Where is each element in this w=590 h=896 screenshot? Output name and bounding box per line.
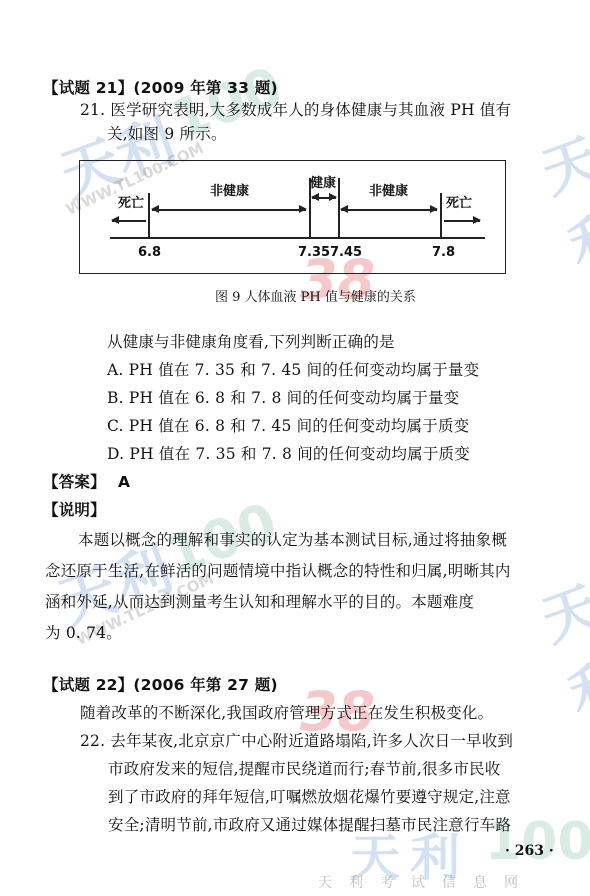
arrow-death-left bbox=[112, 220, 146, 222]
label-death-left: 死亡 bbox=[118, 192, 144, 211]
q22-intro: 随着改革的不断深化,我国政府管理方式正在发生积极变化。 bbox=[80, 703, 493, 723]
q21-option-a: A. PH 值在 7. 35 和 7. 45 间的任何变动均属于量变 bbox=[107, 360, 479, 380]
q22-header: 【试题 22】(2006 年第 27 题) bbox=[43, 675, 278, 695]
q21-option-d: D. PH 值在 7. 35 和 7. 8 间的任何变动均属于质变 bbox=[107, 444, 470, 464]
q21-option-c: C. PH 值在 6. 8 和 7. 45 间的任何变动均属于质变 bbox=[107, 416, 469, 436]
ph-axis bbox=[110, 237, 485, 239]
tick-label-7-35: 7.35 bbox=[298, 245, 330, 260]
q21-option-b: B. PH 值在 6. 8 和 7. 8 间的任何变动均属于量变 bbox=[107, 388, 459, 408]
label-death-right: 死亡 bbox=[446, 192, 472, 211]
watermark-brand-right-mid: 天利 bbox=[529, 563, 590, 733]
label-unhealthy-left: 非健康 bbox=[210, 180, 249, 199]
label-unhealthy-right: 非健康 bbox=[369, 180, 408, 199]
label-healthy: 健康 bbox=[310, 172, 336, 191]
tick-6-8 bbox=[148, 193, 150, 238]
q21-header: 【试题 21】(2009 年第 33 题) bbox=[43, 78, 278, 98]
arrow-unhealthy-right bbox=[341, 209, 437, 211]
explain-line-4: 为 0. 74。 bbox=[45, 623, 122, 643]
tick-7-8 bbox=[440, 193, 442, 238]
q21-stem-line1: 21. 医学研究表明,大多数成年人的身体健康与其血液 PH 值有 bbox=[80, 100, 511, 120]
q21-stem-line2: 关,如图 9 所示。 bbox=[107, 124, 227, 144]
watermark-brand-right-top: 天利 bbox=[529, 115, 590, 285]
arrow-unhealthy-left bbox=[152, 209, 306, 211]
answer-value: A bbox=[118, 472, 130, 492]
explain-line-1: 本题以概念的理解和事实的认定为基本测试目标,通过将抽象概 bbox=[78, 530, 507, 550]
explain-line-3: 涵和外延,从而达到测量考生认知和理解水平的目的。本题难度 bbox=[45, 592, 474, 612]
q22-stem-line-2: 市政府发来的短信,提醒市民绕道而行;春节前,很多市民收 bbox=[108, 759, 500, 779]
q22-stem-line-1: 22. 去年某夜,北京京广中心附近道路塌陷,许多人次日一早收到 bbox=[80, 731, 513, 751]
page-number: · 263 · bbox=[505, 843, 554, 859]
answer-label: 【答案】 bbox=[43, 472, 106, 492]
tick-label-7-8: 7.8 bbox=[432, 245, 455, 260]
explain-line-2: 念还原于生活,在鲜活的问题情境中指认概念的特性和归属,明晰其内 bbox=[45, 561, 511, 581]
tick-label-7-45: 7.45 bbox=[330, 245, 362, 260]
tick-label-6-8: 6.8 bbox=[138, 245, 161, 260]
q22-stem-line-3: 到了市政府的拜年短信,叮嘱燃放烟花爆竹要遵守规定,注意 bbox=[108, 787, 511, 807]
q22-stem-line-4: 安全;清明节前,市政府又通过媒体提醒扫墓市民注意行车路 bbox=[108, 815, 511, 835]
arrow-healthy bbox=[312, 197, 336, 199]
explain-label: 【说明】 bbox=[43, 500, 106, 520]
arrow-death-right bbox=[444, 220, 480, 222]
q21-prompt: 从健康与非健康角度看,下列判断正确的是 bbox=[107, 332, 395, 352]
figure-9-caption: 图 9 人体血液 PH 值与健康的关系 bbox=[215, 286, 416, 305]
footer-watermark-text: 天利考试信息网 bbox=[318, 872, 535, 892]
